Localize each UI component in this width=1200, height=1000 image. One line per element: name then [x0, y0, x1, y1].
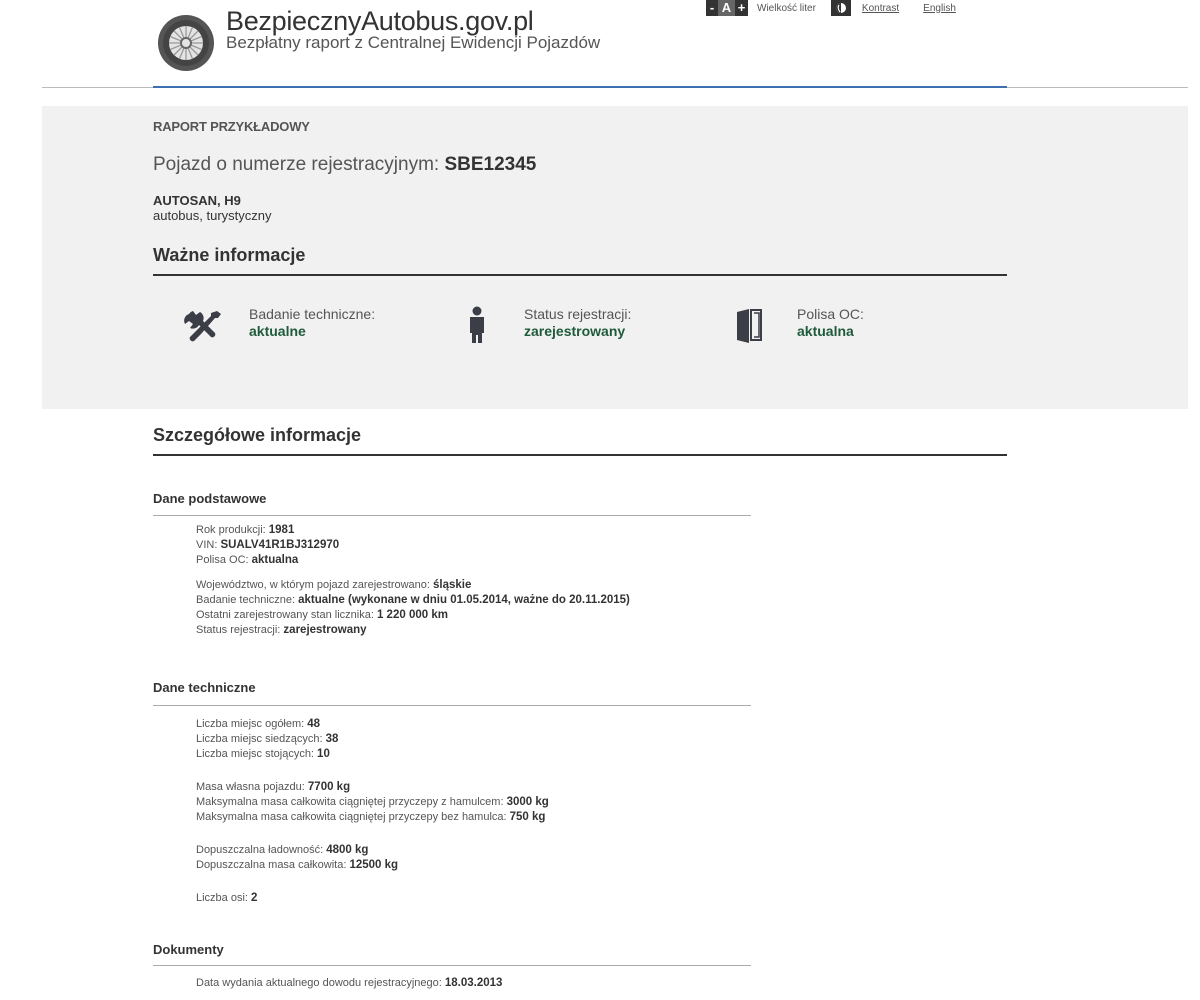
english-language-link[interactable]: English [923, 3, 956, 14]
report-label: RAPORT PRZYKŁADOWY [153, 119, 310, 134]
section-technical-rows: Liczba miejsc ogółem: 48 Liczba miejsc s… [196, 717, 549, 906]
info-registration-status: Status rejestracji: zarejestrowany [452, 306, 631, 346]
vehicle-make-model: AUTOSAN, H9 [153, 193, 241, 208]
vehicle-type: autobus, turystyczny [153, 208, 272, 223]
document-icon [725, 306, 775, 346]
detail-row: Ostatni zarejestrowany stan licznika: 1 … [196, 608, 630, 623]
detail-row: Dopuszczalna masa całkowita: 12500 kg [196, 858, 549, 873]
detail-row: Rok produkcji: 1981 [196, 523, 630, 538]
section-divider [153, 705, 751, 706]
summary-panel: RAPORT PRZYKŁADOWY Pojazd o numerze reje… [42, 106, 1188, 409]
font-reset-button[interactable]: A [718, 0, 735, 16]
detail-row: Dopuszczalna ładowność: 4800 kg [196, 843, 549, 858]
contrast-icon[interactable] [831, 0, 851, 16]
detail-row: Masa własna pojazdu: 7700 kg [196, 780, 549, 795]
detail-row: Województwo, w którym pojazd zarejestrow… [196, 578, 630, 593]
wheel-logo-icon[interactable] [157, 14, 215, 72]
detail-row: Badanie techniczne: aktualne (wykonane w… [196, 593, 630, 608]
info-insurance: Polisa OC: aktualna [725, 306, 864, 346]
info-label: Badanie techniczne: [249, 306, 375, 323]
detail-row: Liczba miejsc siedzących: 38 [196, 732, 549, 747]
contrast-link[interactable]: Kontrast [862, 3, 899, 14]
info-label: Status rejestracji: [524, 306, 631, 323]
font-size-label: Wielkość liter [757, 3, 816, 14]
person-icon [452, 306, 502, 346]
important-info-divider [153, 274, 1007, 276]
important-info-title: Ważne informacje [153, 245, 305, 266]
font-decrease-button[interactable]: - [706, 0, 718, 16]
plate-number: SBE12345 [444, 154, 536, 175]
info-technical-inspection: Badanie techniczne: aktualne [177, 306, 375, 346]
detail-row: Liczba miejsc stojących: 10 [196, 747, 549, 762]
detail-row: Liczba osi: 2 [196, 891, 549, 906]
section-basic-rows: Rok produkcji: 1981 VIN: SUALV41R1BJ3129… [196, 523, 630, 638]
header-accent-line [153, 86, 1007, 88]
details-title: Szczegółowe informacje [153, 425, 361, 446]
detail-row: Maksymalna masa całkowita ciągniętej prz… [196, 810, 549, 825]
section-title-technical: Dane techniczne [153, 680, 256, 695]
plate-line: Pojazd o numerze rejestracyjnym: SBE1234… [153, 154, 536, 176]
detail-row: Liczba miejsc ogółem: 48 [196, 717, 549, 732]
section-title-documents: Dokumenty [153, 942, 224, 957]
info-value: zarejestrowany [524, 323, 631, 340]
section-documents-rows: Data wydania aktualnego dowodu rejestrac… [196, 976, 502, 991]
tools-icon [177, 306, 227, 346]
details-divider [153, 454, 1007, 456]
info-value: aktualne [249, 323, 375, 340]
detail-row: Maksymalna masa całkowita ciągniętej prz… [196, 795, 549, 810]
font-increase-button[interactable]: + [735, 0, 748, 16]
info-label: Polisa OC: [797, 306, 864, 323]
page-header: BezpiecznyAutobus.gov.pl Bezpłatny rapor… [0, 0, 1200, 90]
accessibility-toolbar: - A + Wielkość liter Kontrast English [706, 0, 956, 16]
plate-prefix: Pojazd o numerze rejestracyjnym: [153, 154, 444, 175]
section-divider [153, 965, 751, 966]
site-subtitle: Bezpłatny raport z Centralnej Ewidencji … [226, 33, 600, 53]
detail-row: Data wydania aktualnego dowodu rejestrac… [196, 976, 502, 991]
detail-row: VIN: SUALV41R1BJ312970 [196, 538, 630, 553]
detail-row: Polisa OC: aktualna [196, 553, 630, 568]
detail-row: Status rejestracji: zarejestrowany [196, 623, 630, 638]
section-divider [153, 515, 751, 516]
info-value: aktualna [797, 323, 864, 340]
section-title-basic: Dane podstawowe [153, 491, 266, 506]
